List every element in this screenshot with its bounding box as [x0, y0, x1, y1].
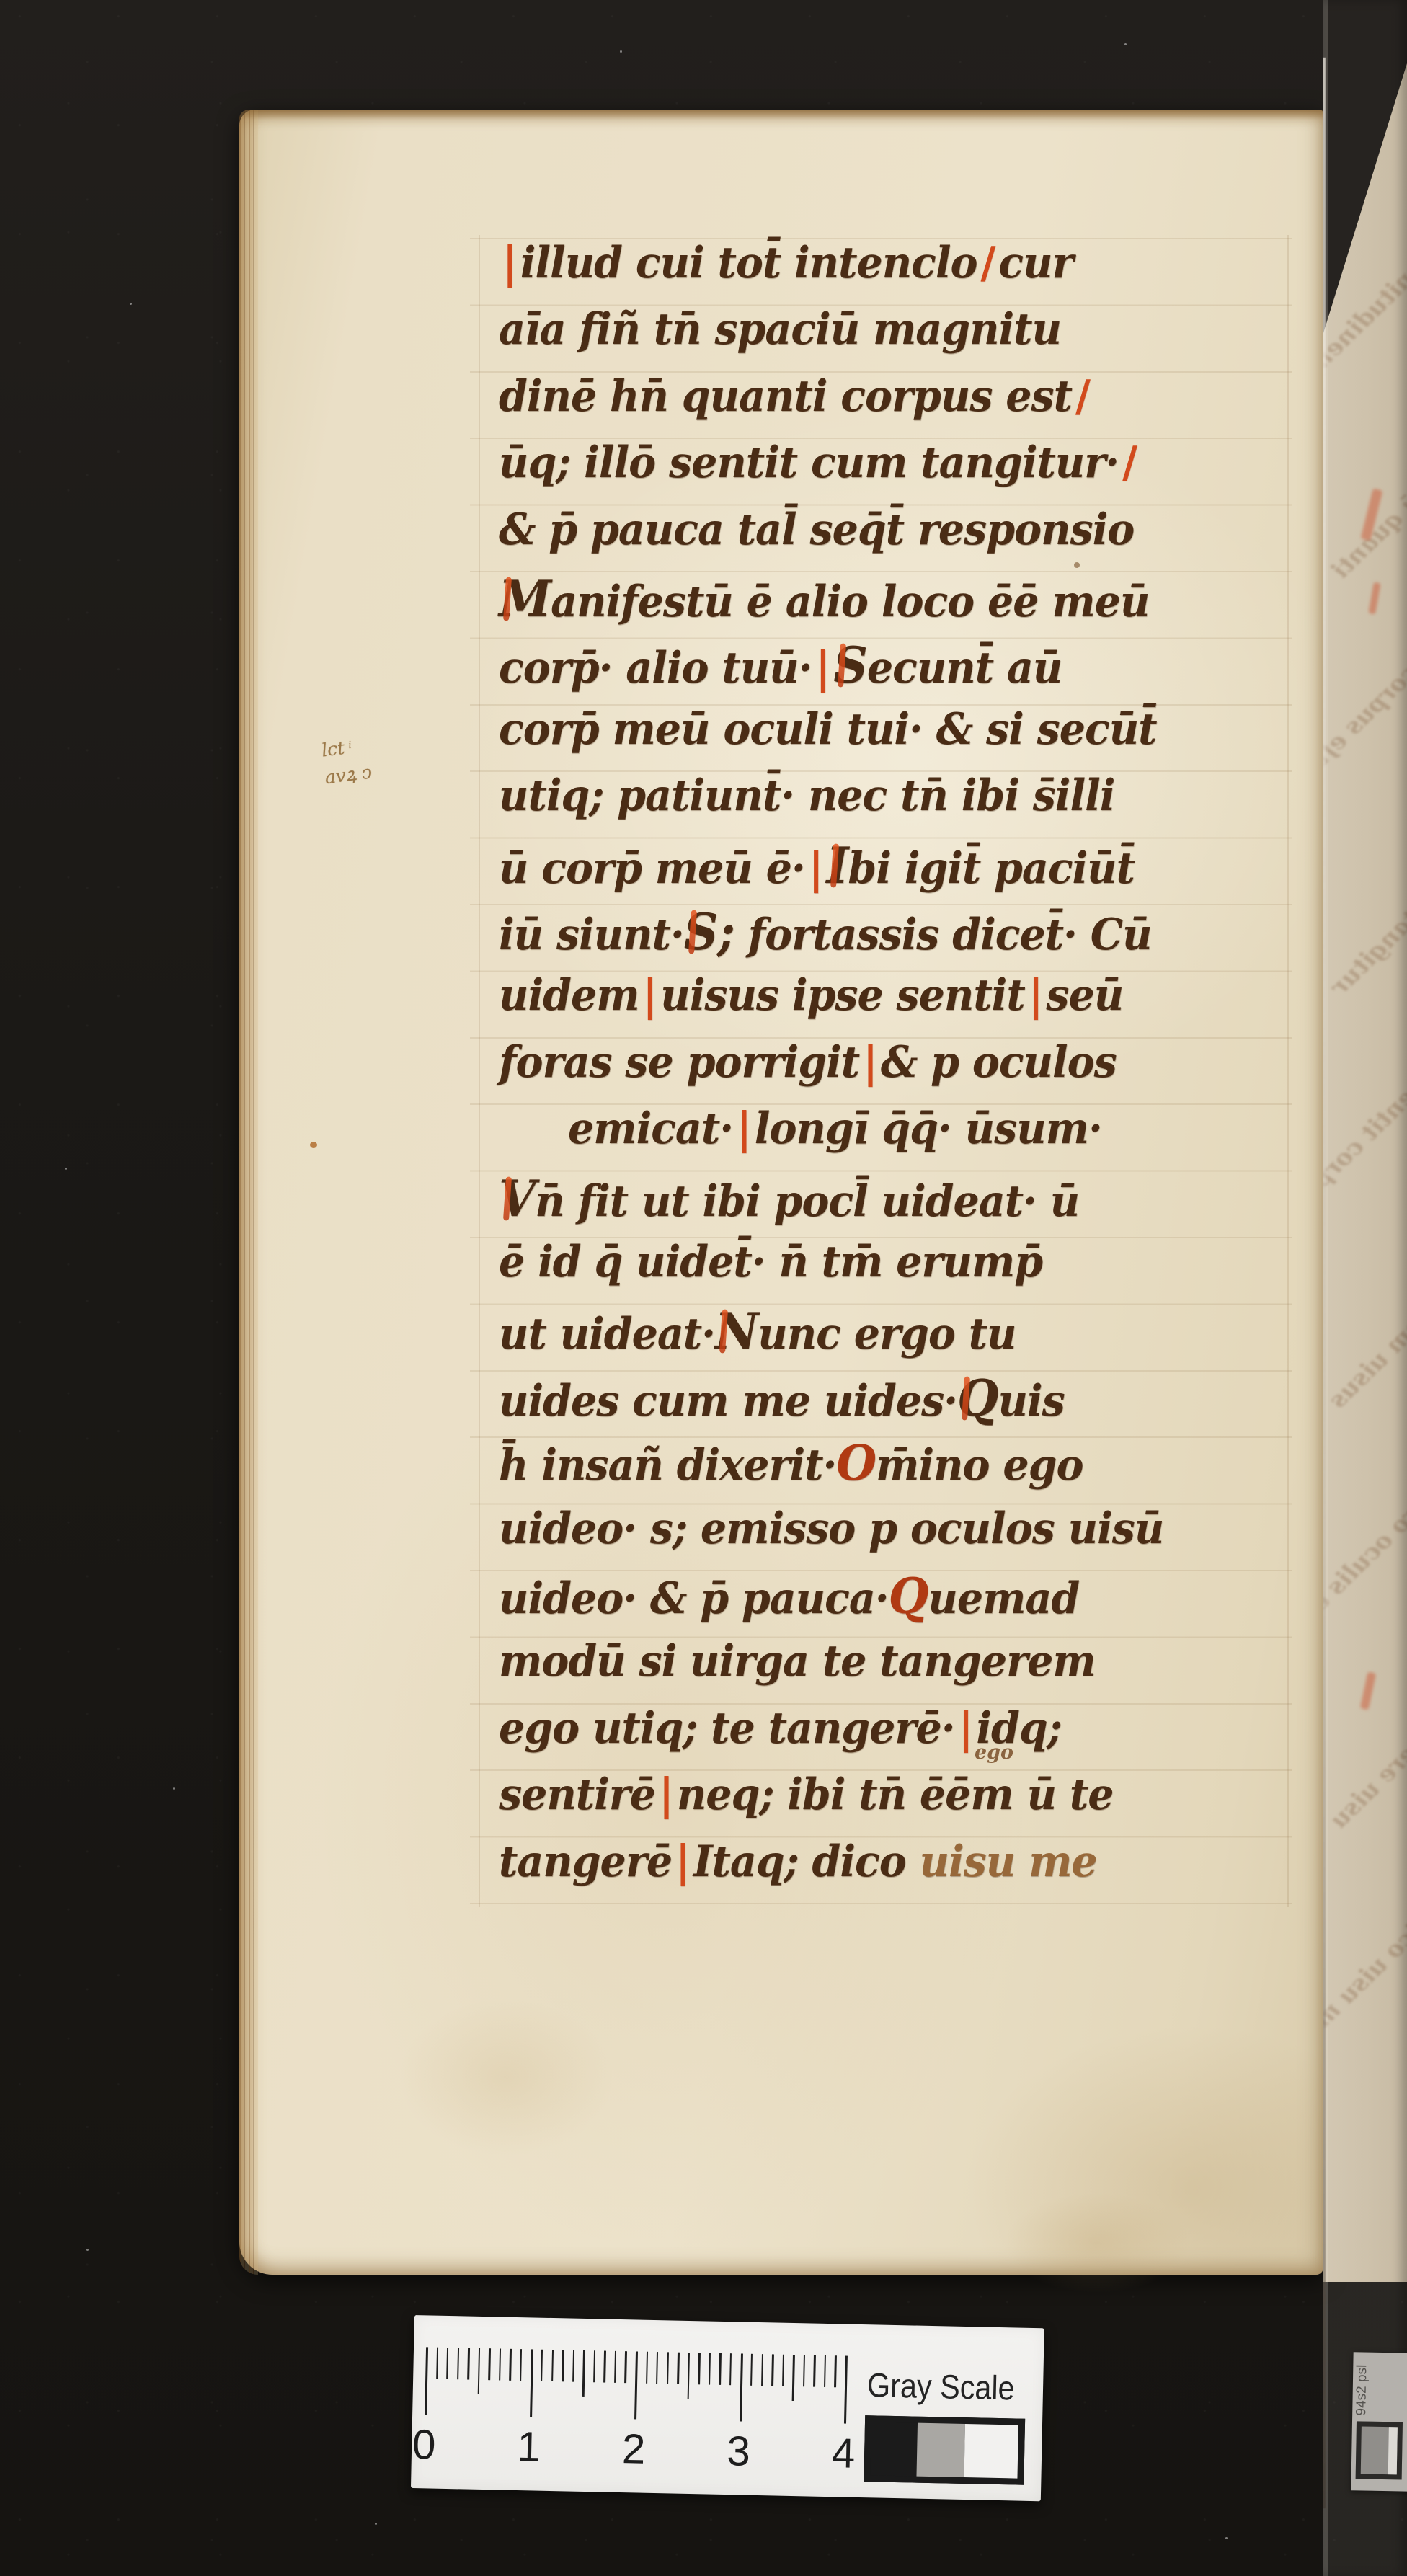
text-run: modū si uirga te tangerem: [499, 1636, 1096, 1687]
rubric-mark: |: [812, 643, 833, 693]
text-run: I: [826, 840, 848, 890]
text-run: aīa fiñ tn̄ spaciū magnitu: [499, 304, 1061, 355]
text-run: anifestū ē alio loco ēē meū: [551, 577, 1149, 627]
text-run: corp̄ meū oculi tui· & si secūt̄: [499, 703, 1156, 754]
text-run: uidem: [499, 970, 639, 1021]
text-run: dinē hn̄ quanti corpus est: [499, 370, 1072, 421]
grayscale-patch-white: [964, 2424, 1018, 2479]
text-run: foras se porrigit: [499, 1036, 859, 1087]
manuscript-line: & p̄ pauca tal̄ seq̄t̄ responsio: [499, 507, 1134, 551]
text-run: n̄ fit ut ibi pocl̄ uideat· ū: [535, 1176, 1079, 1226]
manuscript-line: corp̄ meū oculi tui· & si secūt̄: [499, 707, 1156, 750]
text-run: corp̄· alio tuū·: [499, 643, 812, 693]
rust-spot: [310, 1142, 317, 1148]
manuscript-line: uides cum me uides·Quis: [499, 1373, 1065, 1423]
manuscript-line: modū si uirga te tangerem: [499, 1640, 1096, 1683]
manuscript-line: ūq; illō sentit cum tangitur·/: [499, 441, 1140, 484]
manuscript-line: iū siunt·S; fortassis dicet̄· Cū: [499, 907, 1152, 956]
text-run: uemad: [928, 1573, 1079, 1623]
text-run: bi igit̄ paciūt̄: [848, 843, 1135, 893]
text-run: O: [836, 1435, 876, 1492]
manuscript-line: tangerē|Itaq; dico uisu me: [499, 1839, 1097, 1883]
rubric-mark: |: [499, 237, 520, 288]
manuscript-line: utiq; patiunt̄· nec tn̄ ibi s̄illi: [499, 774, 1114, 817]
text-run: iū siunt·: [499, 910, 684, 960]
text-run: utiq; patiunt̄· nec tn̄ ibi s̄illi: [499, 770, 1114, 821]
text-run: neq; ibi tn̄ ēēm ū te: [677, 1769, 1114, 1820]
manuscript-line: emicat·|longī q̄q̄· ūsum·: [568, 1107, 1102, 1150]
manuscript-line: uidem|uisus ipse sentit|seū: [499, 974, 1123, 1017]
ruler-number: 2: [621, 2425, 646, 2474]
manuscript-line: Vn̄ fit ut ibi pocl̄ uideat· ū: [499, 1173, 1079, 1223]
text-run: & p oculos: [881, 1036, 1117, 1087]
ruling-line-left-margin: [479, 235, 480, 1907]
text-run: M: [499, 574, 551, 623]
grayscale-patch-gray: [916, 2423, 965, 2477]
text-run: Itaq; dico: [693, 1836, 920, 1886]
text-run: uisu me: [920, 1836, 1097, 1886]
text-run: ego utiq; te tangerē·: [499, 1702, 955, 1753]
text-run: seū: [1046, 970, 1123, 1021]
text-run: h̄ insañ dixerit·: [499, 1440, 836, 1491]
edge-label: 94s2 psl: [1351, 2352, 1407, 2491]
gray-scale-label: Gray Scale: [867, 2365, 1016, 2407]
rubric-mark: /: [1072, 370, 1093, 421]
rubric-mark: |: [639, 970, 661, 1021]
manuscript-line: Manifestū ē alio loco ēē meū: [499, 574, 1149, 623]
interlinear-gloss: ego: [975, 1741, 1013, 1764]
text-run: uides cum me uides·: [499, 1375, 957, 1426]
text-run: fortassis dicet̄· Cū: [734, 910, 1152, 960]
text-run: ut uideat·: [499, 1309, 715, 1359]
manuscript-line: sentirē|neq; ibi tn̄ ēēm ū te: [499, 1773, 1113, 1816]
text-run: Q: [957, 1373, 998, 1423]
text-run: illud cui tot̄ intenclo: [520, 237, 977, 288]
text-run: uideo· s; emisso p oculos uisū: [499, 1503, 1163, 1553]
text-run: sentirē: [499, 1769, 655, 1820]
text-run: uis: [998, 1375, 1065, 1426]
manuscript-line: aīa fiñ tn̄ spaciū magnitu: [499, 308, 1061, 351]
ruler-number: 4: [831, 2429, 856, 2478]
rubric-mark: |: [955, 1702, 977, 1753]
manuscript-line: corp̄· alio tuū·|Secunt̄ aū: [499, 641, 1062, 690]
text-run: longī q̄q̄· ūsum·: [755, 1103, 1102, 1154]
rubric-mark: |: [655, 1769, 677, 1820]
ruler-number: 3: [727, 2427, 751, 2476]
grayscale-patch-black: [870, 2422, 918, 2476]
text-run: m̄ino ego: [876, 1440, 1083, 1491]
text-run: uideo· & p̄ pauca·: [499, 1573, 889, 1623]
text-run: V: [499, 1173, 535, 1223]
manuscript-line: dinē hn̄ quanti corpus est/: [499, 374, 1093, 417]
parchment-stain: [398, 1998, 614, 2157]
ruling-line-right-margin: [1287, 235, 1289, 1907]
text-run: uisus ipse sentit: [660, 970, 1024, 1021]
manuscript-line: uideo· s; emisso p oculos uisū: [499, 1506, 1163, 1550]
manuscript-line: h̄ insañ dixerit·Om̄ino ego: [499, 1440, 1083, 1488]
text-run: S;: [684, 907, 734, 956]
text-run: tangerē: [499, 1836, 672, 1886]
manuscript-line: uideo· & p̄ pauca·Quemad: [499, 1573, 1079, 1621]
text-run: & p̄ pauca tal̄ seq̄t̄ responsio: [499, 504, 1134, 554]
text-run: ūq; illō sentit cum tangitur·: [499, 438, 1119, 488]
grayscale-patch: [864, 2415, 1025, 2485]
ruler-number: 0: [412, 2420, 436, 2469]
rubric-mark: /: [977, 237, 999, 288]
manuscript-line: |illud cui tot̄ intenclo/cur: [499, 241, 1073, 285]
plexiglass-strip: magnitudinemspaciū quanticorpus eſtqcum …: [1323, 0, 1407, 2576]
manuscript-line: ū corp̄ meū ē·|Ibi igit̄ paciūt̄: [499, 840, 1135, 890]
text-run: Q: [889, 1568, 928, 1625]
rubric-mark: |: [859, 1036, 881, 1087]
text-run: ē id q̄ uidet̄· n̄ tm̄ erump̄: [499, 1236, 1042, 1287]
rubric-mark: |: [1025, 970, 1047, 1021]
text-run: unc ergo tu: [758, 1309, 1016, 1359]
manuscript-line: ut uideat·Nunc ergo tu: [499, 1307, 1016, 1356]
rubric-mark: |: [805, 843, 827, 893]
text-run: cur: [998, 237, 1073, 288]
edge-label-text: 94s2 psl: [1354, 2358, 1370, 2415]
strip-edge-highlight: [1323, 58, 1326, 2508]
text-run: N: [715, 1307, 758, 1356]
ruler-card: 01234 Gray Scale: [411, 2315, 1044, 2501]
ruler-number: 1: [517, 2422, 541, 2471]
text-run: ū corp̄ meū ē·: [499, 843, 805, 893]
manuscript-line: ē id q̄ uidet̄· n̄ tm̄ erump̄: [499, 1240, 1042, 1284]
text-run: ecunt̄ aū: [867, 643, 1062, 693]
edge-label-square: [1356, 2421, 1403, 2479]
rubric-mark: /: [1119, 438, 1140, 488]
text-run: emicat·: [568, 1103, 733, 1154]
strip-reflection-veil: [1323, 0, 1407, 2576]
rubric-mark: |: [672, 1836, 693, 1886]
text-run: S: [833, 641, 867, 690]
rubric-mark: |: [733, 1103, 755, 1154]
manuscript-line: foras se porrigit|& p oculos: [499, 1040, 1117, 1083]
